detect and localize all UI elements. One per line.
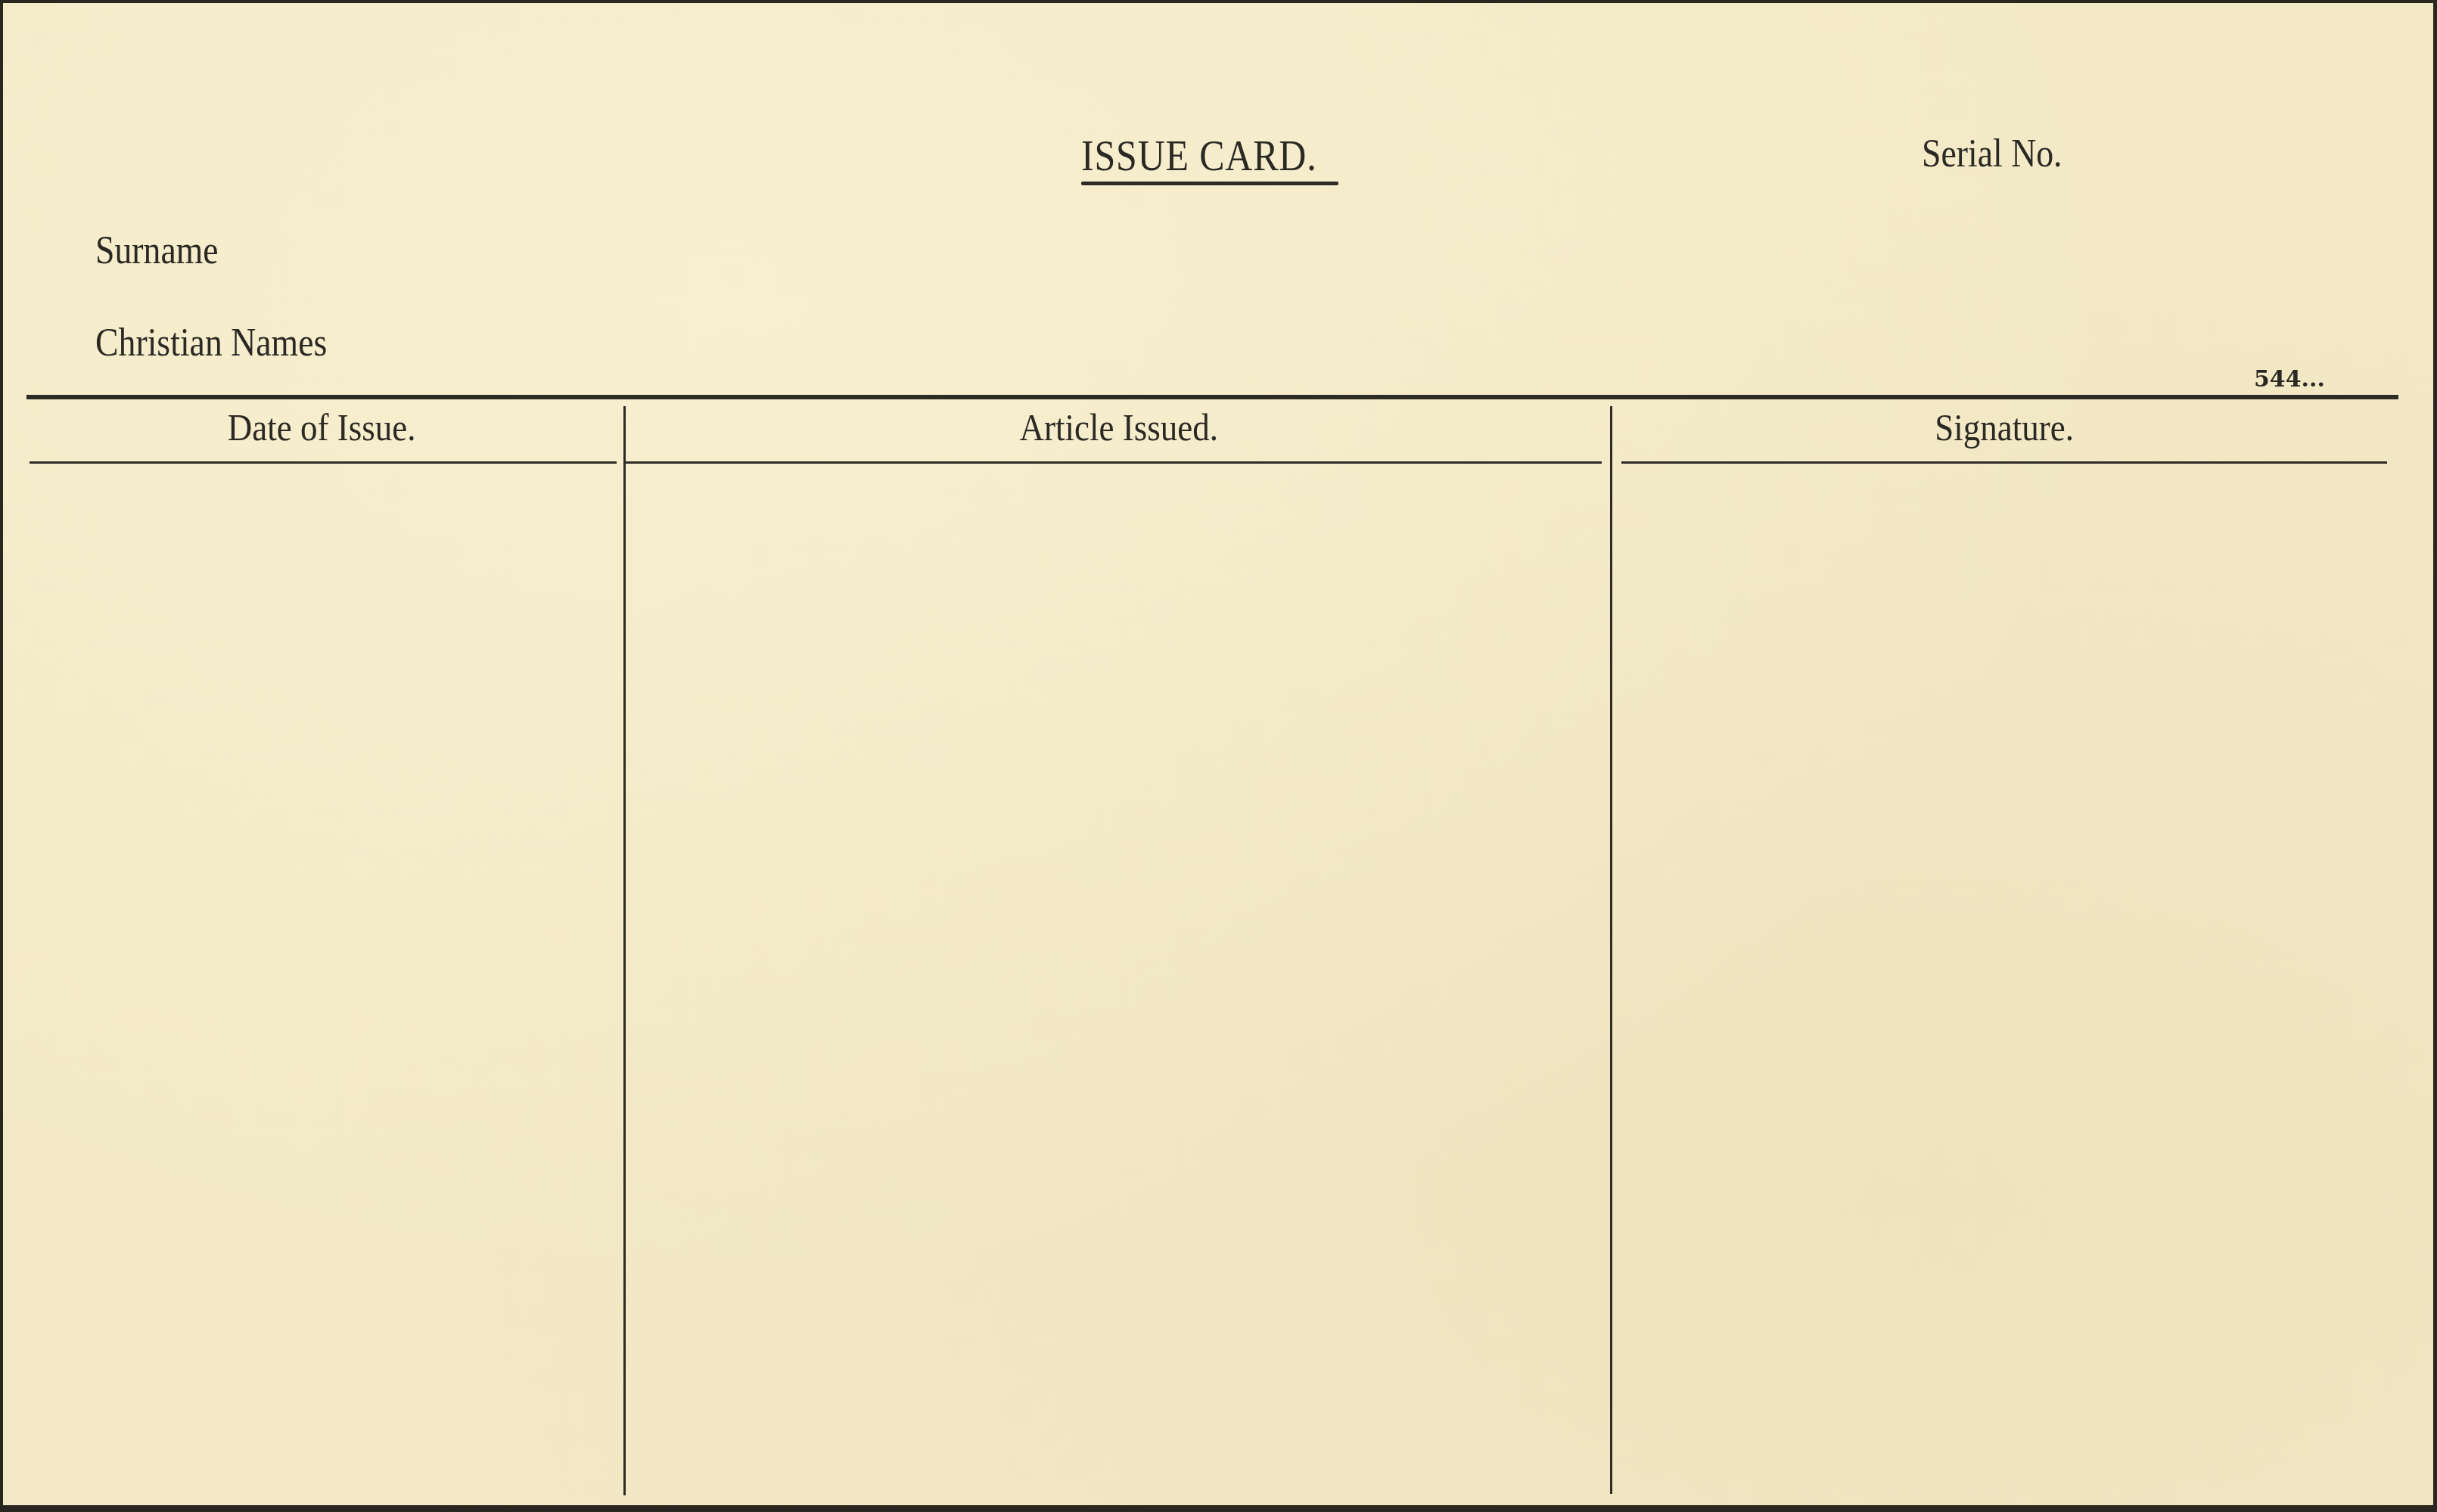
- column-divider-2: [1610, 406, 1612, 1494]
- christian-names-label: Christian Names: [95, 321, 327, 365]
- header-rule-signature: [1621, 461, 2387, 464]
- column-header-signature: Signature.: [1621, 405, 2387, 449]
- serial-no-field[interactable]: [2093, 165, 2388, 169]
- article-issued-column[interactable]: [629, 468, 1607, 1497]
- column-label: Signature.: [1935, 405, 2074, 449]
- top-rule: [26, 395, 2398, 399]
- column-label: Date of Issue.: [228, 405, 416, 449]
- column-label: Article Issued.: [1020, 405, 1218, 449]
- form-number: 544...: [2254, 366, 2325, 393]
- column-divider-1: [623, 406, 626, 1495]
- header-rule-article: [626, 461, 1602, 464]
- surname-field[interactable]: [244, 266, 1837, 271]
- date-of-issue-column[interactable]: [30, 468, 620, 1497]
- header-rule-date: [30, 461, 617, 464]
- surname-label: Surname: [95, 228, 219, 273]
- title-underline: [1081, 182, 1338, 185]
- card-title: ISSUE CARD.: [1081, 130, 1317, 181]
- column-header-date-of-issue: Date of Issue.: [26, 405, 617, 449]
- signature-column[interactable]: [1615, 468, 2395, 1497]
- column-header-article-issued: Article Issued.: [629, 405, 1609, 449]
- serial-no-label: Serial No.: [1922, 132, 2062, 176]
- christian-names-field[interactable]: [380, 359, 1839, 364]
- issue-card: ISSUE CARD. Serial No. Surname Christian…: [3, 3, 2433, 1505]
